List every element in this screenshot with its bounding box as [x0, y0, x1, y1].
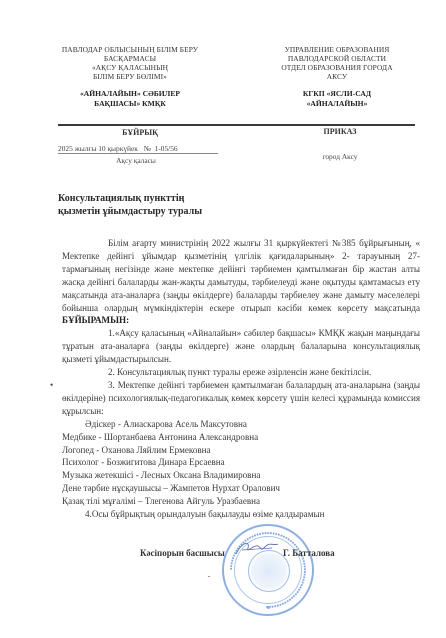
separator: -: [96, 432, 104, 442]
header-right-org: КГКП «ЯСЛИ-САД: [262, 89, 412, 99]
signatory-name: Г. Батталова: [283, 548, 335, 558]
commission-role: Әдіскер: [85, 419, 116, 429]
document-body: Білім ағарту министрінің 2022 жылғы 31 қ…: [62, 237, 420, 521]
commission-name: Жампетов Нурхат Оралович: [170, 483, 280, 493]
separator: –: [136, 496, 145, 506]
commission-member: Логопед - Оханова Ляйлим Ермековна: [62, 444, 420, 457]
commission-member: Әдіскер - Алиаскарова Асель Максутовна: [62, 418, 420, 431]
header-left-org: «АЙНАЛАЙЫН» СӘБИЛЕР: [40, 89, 220, 99]
header-left-line: «АҚСУ ҚАЛАСЫНЫҢ: [40, 63, 220, 72]
document-title-line: Консультациялық пункттің: [58, 192, 278, 205]
header-left: ПАВЛОДАР ОБЛЫСЫНЫҢ БІЛІМ БЕРУ БАСҚАРМАСЫ…: [40, 45, 220, 108]
separator: –: [161, 483, 170, 493]
commission-member: Психолог - Бозжигитова Динара Ерсаевна: [62, 456, 420, 469]
preamble-paragraph: Білім ағарту министрінің 2022 жылғы 31 қ…: [62, 237, 420, 327]
commission-name: Лесных Оксана Владимировна: [141, 470, 260, 480]
commission-member: Медбике - Шортанбаева Антонина Александр…: [62, 431, 420, 444]
handwritten-signature-icon: [232, 538, 282, 560]
order-item-3: •3. Мектепке дейінгі тәрбиемен қамтылмағ…: [62, 379, 420, 418]
commission-member: Музыка жетекшісі - Лесных Оксана Владими…: [62, 469, 420, 482]
commission-name: Алиаскарова Асель Максутовна: [123, 419, 247, 429]
stamp-dot: [267, 606, 270, 609]
doc-number-sign: №: [144, 144, 151, 153]
doc-number: 1-05/56: [155, 144, 178, 153]
header-right: УПРАВЛЕНИЕ ОБРАЗОВАНИЯ ПАВЛОДАРСКОЙ ОБЛА…: [262, 45, 412, 108]
doc-city-kz: Ақсу қаласы: [96, 156, 176, 165]
separator: -: [133, 470, 141, 480]
commission-role: Психолог: [62, 457, 99, 467]
doc-kind-kz: БҰЙРЫҚ: [90, 128, 190, 137]
commission-name: Тлегенова Айгуль Уразбаевна: [145, 496, 260, 506]
header-left-line: БАСҚАРМАСЫ: [40, 54, 220, 63]
commission-role: Логопед: [62, 445, 94, 455]
doc-kind-ru: ПРИКАЗ: [300, 127, 380, 136]
order-item-1: 1.«Ақсу қаласының «Айналайын» сәбилер ба…: [62, 327, 420, 366]
separator: -: [116, 419, 124, 429]
order-item-4: 4.Осы бұйрықтың орындалуын бақылауды өзі…: [62, 508, 420, 521]
commission-name: Шортанбаева Антонина Александровна: [104, 432, 258, 442]
scan-speck: [208, 576, 210, 577]
header-right-line: УПРАВЛЕНИЕ ОБРАЗОВАНИЯ: [262, 45, 412, 54]
bullet-mark: •: [50, 379, 53, 392]
doc-date-number: 2025 жылғы 10 қыркүйек № 1-05/56: [58, 144, 218, 154]
header-right-line: ОТДЕЛ ОБРАЗОВАНИЯ ГОРОДА: [262, 63, 412, 72]
header-left-line: ПАВЛОДАР ОБЛЫСЫНЫҢ БІЛІМ БЕРУ: [40, 45, 220, 54]
commission-role: Медбике: [62, 432, 96, 442]
commission-role: Музыка жетекшісі: [62, 470, 133, 480]
signatory-position: Кәсіпорын басшысы: [140, 548, 225, 558]
preamble-text: Білім ағарту министрінің 2022 жылғы 31 қ…: [62, 238, 420, 313]
header-right-line: АКСУ: [262, 72, 412, 81]
header-left-org: БАҚШАСЫ» КМҚК: [40, 99, 220, 109]
commission-member: Дене тәрбие нұсқаушысы – Жампетов Нурхат…: [62, 482, 420, 495]
document-title-line: қызметін ұйымдастыру туралы: [58, 205, 278, 218]
order-item-2: 2. Консультациялық пункт туралы ереже әз…: [62, 366, 420, 379]
order-word: БҰЙЫРАМЫН:: [62, 315, 129, 325]
document-title: Консультациялық пункттің қызметін ұйымда…: [58, 192, 278, 218]
order-item-3-text: 3. Мектепке дейінгі тәрбиемен қамтылмаға…: [62, 380, 420, 416]
commission-role: Қазақ тілі мұғалімі: [62, 496, 136, 506]
header-divider: [58, 124, 415, 126]
commission-member: Қазақ тілі мұғалімі – Тлегенова Айгуль У…: [62, 495, 420, 508]
header-left-line: БІЛІМ БЕРУ БӨЛІМІ»: [40, 72, 220, 81]
commission-role: Дене тәрбие нұсқаушысы: [62, 483, 161, 493]
separator: -: [94, 445, 102, 455]
doc-city-ru: город Аксу: [310, 152, 370, 161]
header-right-org: «АЙНАЛАЙЫН»: [262, 99, 412, 109]
commission-name: Бозжигитова Динара Ерсаевна: [107, 457, 225, 467]
commission-name: Оханова Ляйлим Ермековна: [102, 445, 211, 455]
doc-date: 2025 жылғы 10 қыркүйек: [58, 144, 138, 153]
separator: -: [99, 457, 107, 467]
header-right-line: ПАВЛОДАРСКОЙ ОБЛАСТИ: [262, 54, 412, 63]
